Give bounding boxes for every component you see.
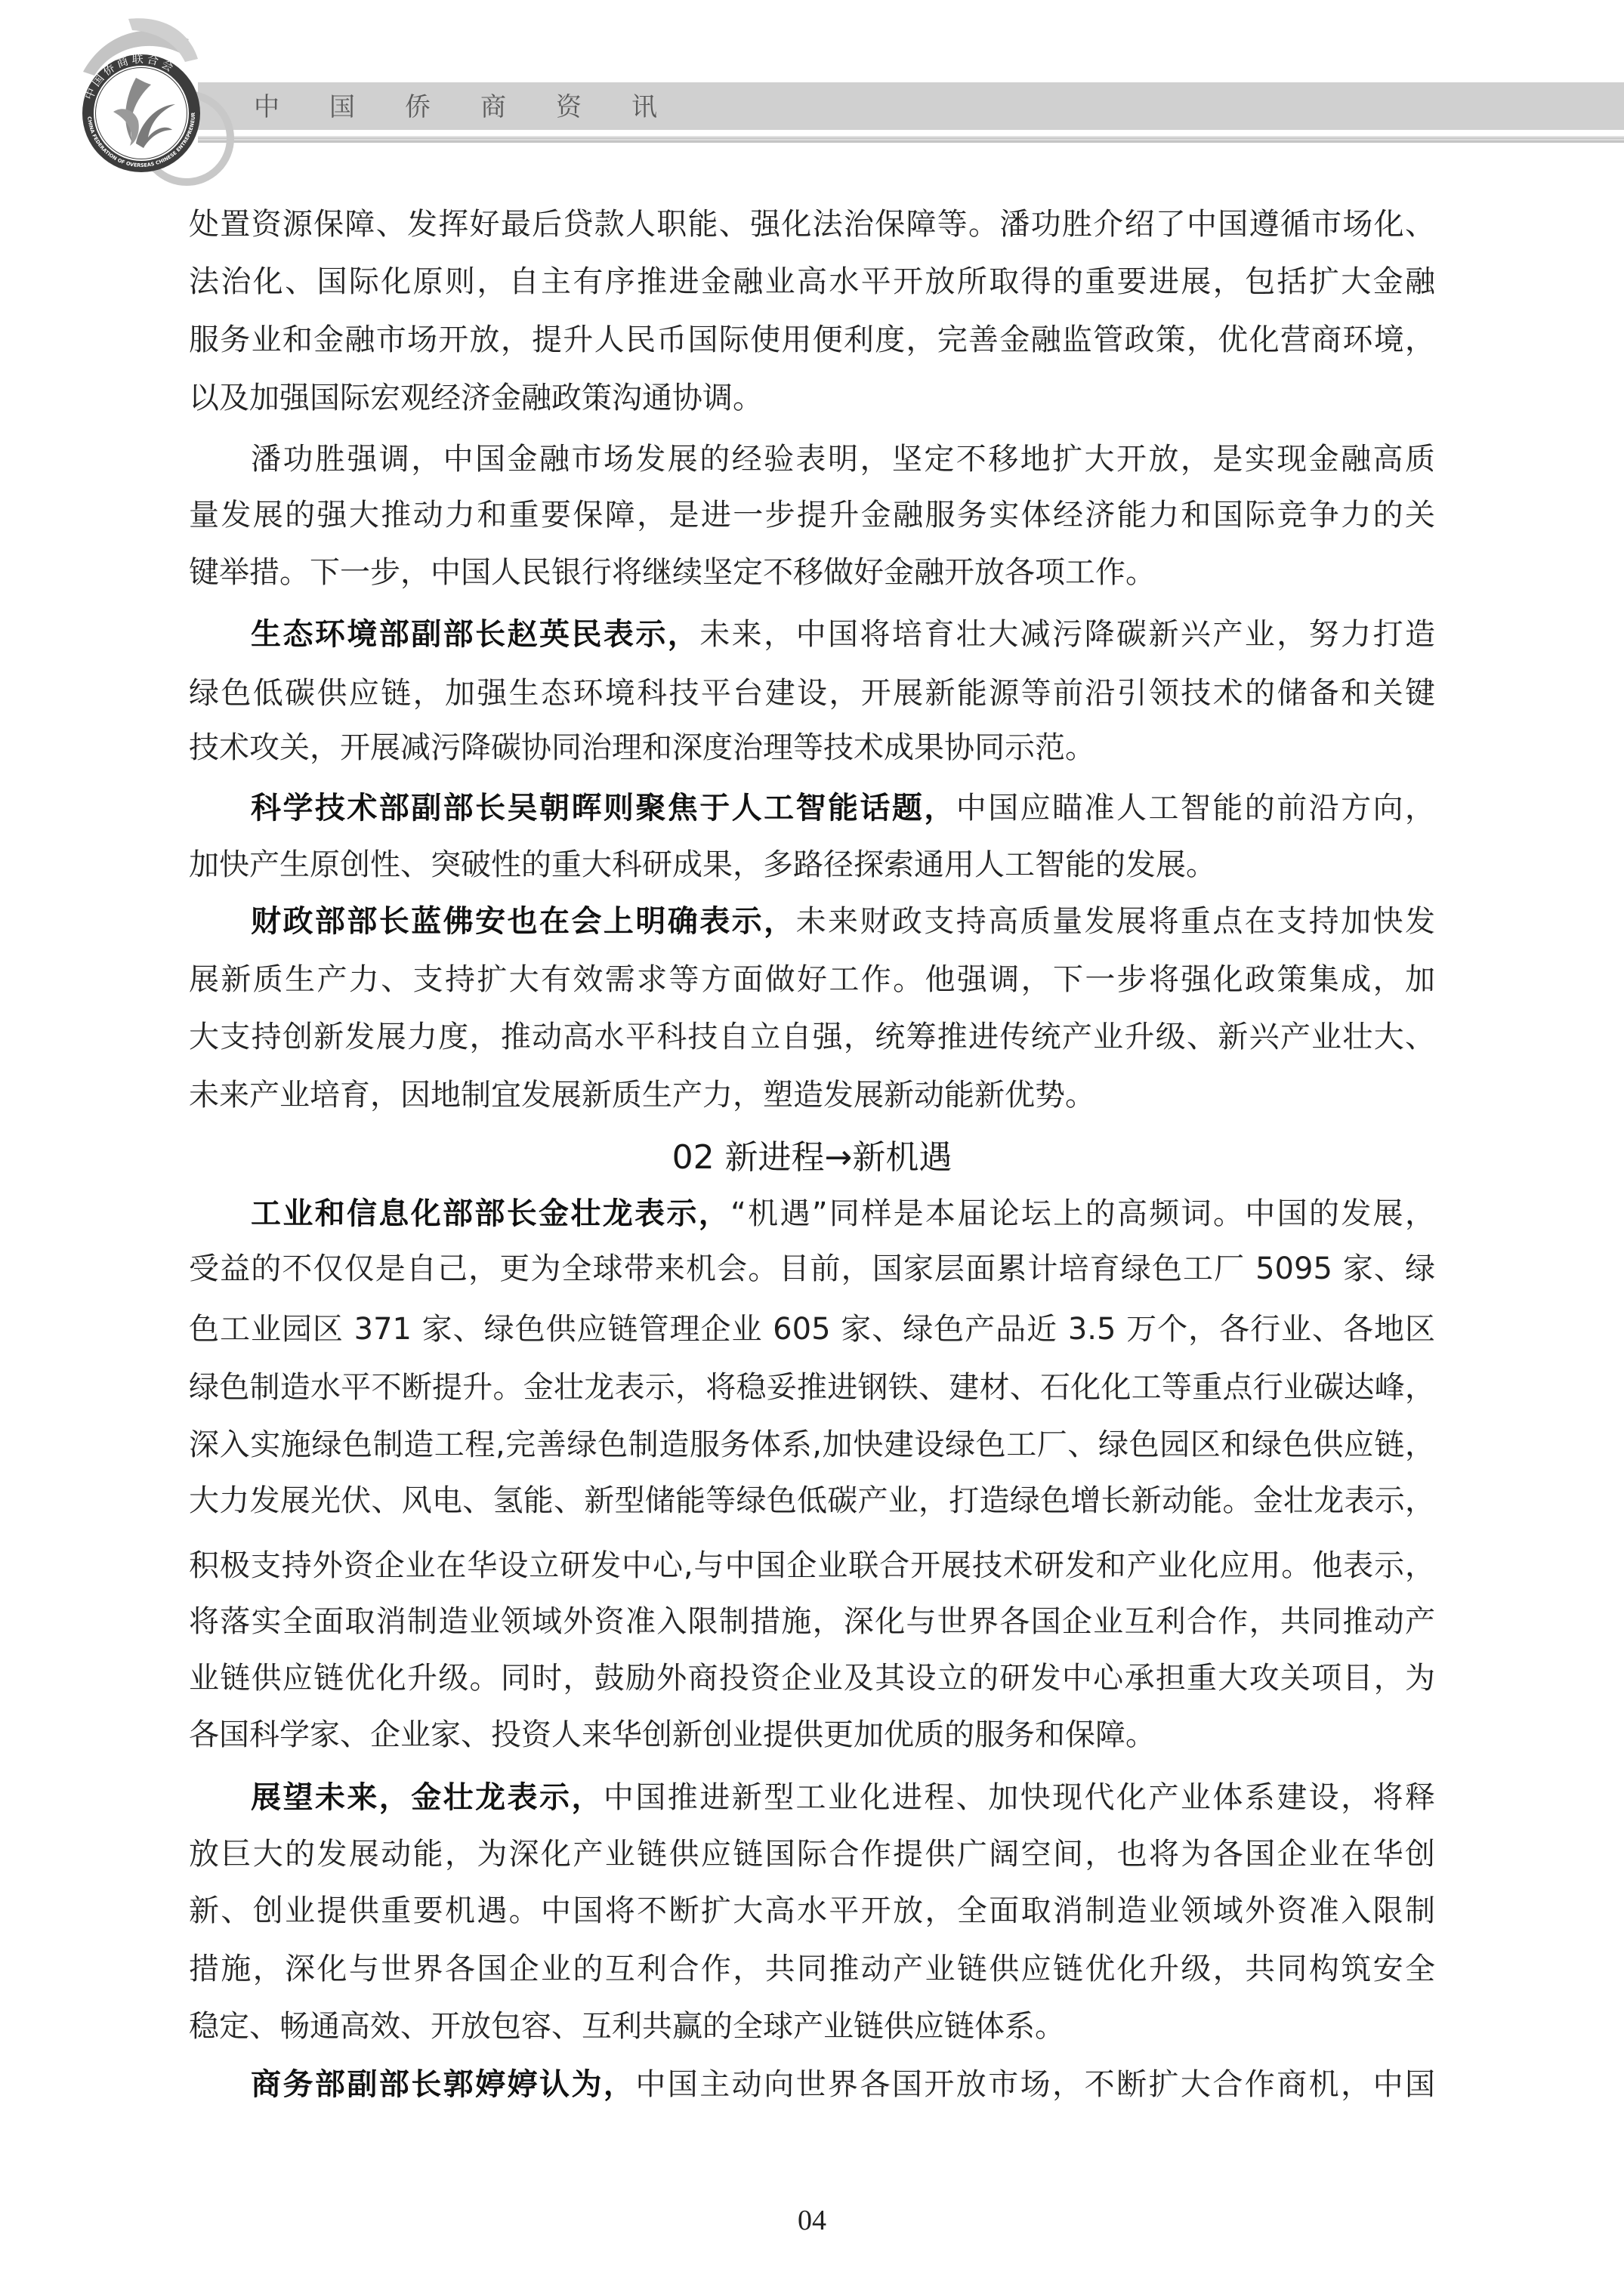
paragraph-line: 科学技术部副部长吴朝晖则聚焦于人工智能话题，中国应瞄准人工智能的前沿方向，: [251, 785, 1435, 831]
speaker-lead: 商务部副部长郭婷婷认为，: [251, 2067, 635, 2102]
paragraph-line: 大支持创新发展力度，推动高水平科技自立自强，统筹推进传统产业升级、新兴产业壮大、: [189, 1014, 1435, 1060]
paragraph-line: 新、创业提供重要机遇。中国将不断扩大高水平开放，全面取消制造业领域外资准入限制: [189, 1888, 1435, 1933]
paragraph-line: 放巨大的发展动能，为深化产业链供应链国际合作提供广阔空间，也将为各国企业在华创: [189, 1832, 1435, 1877]
paragraph-line: 未来产业培育，因地制宜发展新质生产力，塑造发展新动能新优势。: [189, 1072, 1435, 1118]
paragraph-line: 稳定、畅通高效、开放包容、互利共赢的全球产业链供应链体系。: [189, 2004, 1435, 2049]
paragraph-line: 处置资源保障、发挥好最后贷款人职能、强化法治保障等。潘功胜介绍了中国遵循市场化、: [189, 202, 1435, 247]
title-char: 国: [329, 91, 405, 124]
paragraph-line: 将落实全面取消制造业领域外资准入限制措施，深化与世界各国企业互利合作，共同推动产: [189, 1599, 1435, 1644]
paragraph-line: 商务部副部长郭婷婷认为，中国主动向世界各国开放市场，不断扩大合作商机，中国: [251, 2062, 1435, 2107]
paragraph-line: 展望未来，金壮龙表示，中国推进新型工业化进程、加快现代化产业体系建设，将释: [251, 1775, 1435, 1820]
paragraph-line: 绿色制造水平不断提升。金壮龙表示，将稳妥推进钢铁、建材、石化化工等重点行业碳达峰…: [189, 1365, 1435, 1410]
paragraph-line: 受益的不仅仅是自己，更为全球带来机会。目前，国家层面累计培育绿色工厂 5095 …: [189, 1246, 1435, 1292]
section-heading: 02 新进程→新机遇: [0, 1135, 1624, 1180]
paragraph-line: 加快产生原创性、突破性的重大科研成果，多路径探索通用人工智能的发展。: [189, 842, 1435, 887]
paragraph-line: 各国科学家、企业家、投资人来华创新创业提供更加优质的服务和保障。: [189, 1712, 1435, 1758]
title-char: 中: [254, 91, 329, 124]
paragraph-line: 量发展的强大推动力和重要保障，是进一步提升金融服务实体经济能力和国际竞争力的关: [189, 492, 1435, 538]
speaker-lead: 生态环境部副部长赵英民表示，: [251, 617, 699, 652]
header-divider-lines: [198, 136, 1624, 143]
speaker-lead: 科学技术部副部长吴朝晖则聚焦于人工智能话题，: [251, 791, 956, 826]
paragraph-line: 色工业园区 371 家、绿色供应链管理企业 605 家、绿色产品近 3.5 万个…: [189, 1307, 1435, 1352]
paragraph-line: 业链供应链优化升级。同时，鼓励外商投资企业及其设立的研发中心承担重大攻关项目，为: [189, 1656, 1435, 1701]
paragraph-line: 以及加强国际宏观经济金融政策沟通协调。: [189, 375, 1435, 421]
paragraph-line: 服务业和金融市场开放，提升人民币国际使用便利度，完善金融监管政策，优化营商环境，: [189, 317, 1435, 363]
speaker-lead: 工业和信息化部部长金壮龙表示，: [251, 1196, 730, 1231]
title-char: 讯: [631, 91, 707, 124]
paragraph-line: 绿色低碳供应链，加强生态环境科技平台建设，开展新能源等前沿引领技术的储备和关键: [189, 671, 1435, 716]
title-char: 侨: [405, 91, 480, 124]
paragraph-line: 键举措。下一步，中国人民银行将继续坚定不移做好金融开放各项工作。: [189, 550, 1435, 595]
paragraph-line: 措施，深化与世界各国企业的互利合作，共同推动产业链供应链优化升级，共同构筑安全: [189, 1946, 1435, 1992]
paragraph-line: 技术攻关，开展减污降碳协同治理和深度治理等技术成果协同示范。: [189, 725, 1435, 770]
paragraph-line: 展新质生产力、支持扩大有效需求等方面做好工作。他强调，下一步将强化政策集成，加: [189, 957, 1435, 1002]
speaker-lead: 财政部部长蓝佛安也在会上明确表示，: [251, 904, 796, 939]
paragraph-line: 积极支持外资企业在华设立研发中心,与中国企业联合开展技术研发和产业化应用。他表示…: [189, 1543, 1435, 1588]
paragraph-line: 生态环境部副部长赵英民表示，未来，中国将培育壮大减污降碳新兴产业，努力打造: [251, 612, 1435, 657]
publication-title: 中 国 侨 商 资 讯: [254, 91, 707, 124]
speaker-lead: 展望未来，金壮龙表示，: [251, 1780, 604, 1815]
paragraph-line: 财政部部长蓝佛安也在会上明确表示，未来财政支持高质量发展将重点在支持加快发: [251, 899, 1435, 944]
paragraph-line: 工业和信息化部部长金壮龙表示，“机遇”同样是本届论坛上的高频词。中国的发展，: [251, 1191, 1435, 1236]
paragraph-line: 潘功胜强调，中国金融市场发展的经验表明，坚定不移地扩大开放，是实现金融高质: [251, 437, 1435, 482]
paragraph-line: 深入实施绿色制造工程,完善绿色制造服务体系,加快建设绿色工厂、绿色园区和绿色供应…: [189, 1422, 1435, 1467]
paragraph-line: 大力发展光伏、风电、氢能、新型储能等绿色低碳产业，打造绿色增长新动能。金壮龙表示…: [189, 1478, 1435, 1523]
paragraph-line: 法治化、国际化原则，自主有序推进金融业高水平开放所取得的重要进展，包括扩大金融: [189, 259, 1435, 304]
title-char: 资: [556, 91, 631, 124]
title-char: 商: [480, 91, 556, 124]
page-number: 04: [0, 2202, 1624, 2239]
